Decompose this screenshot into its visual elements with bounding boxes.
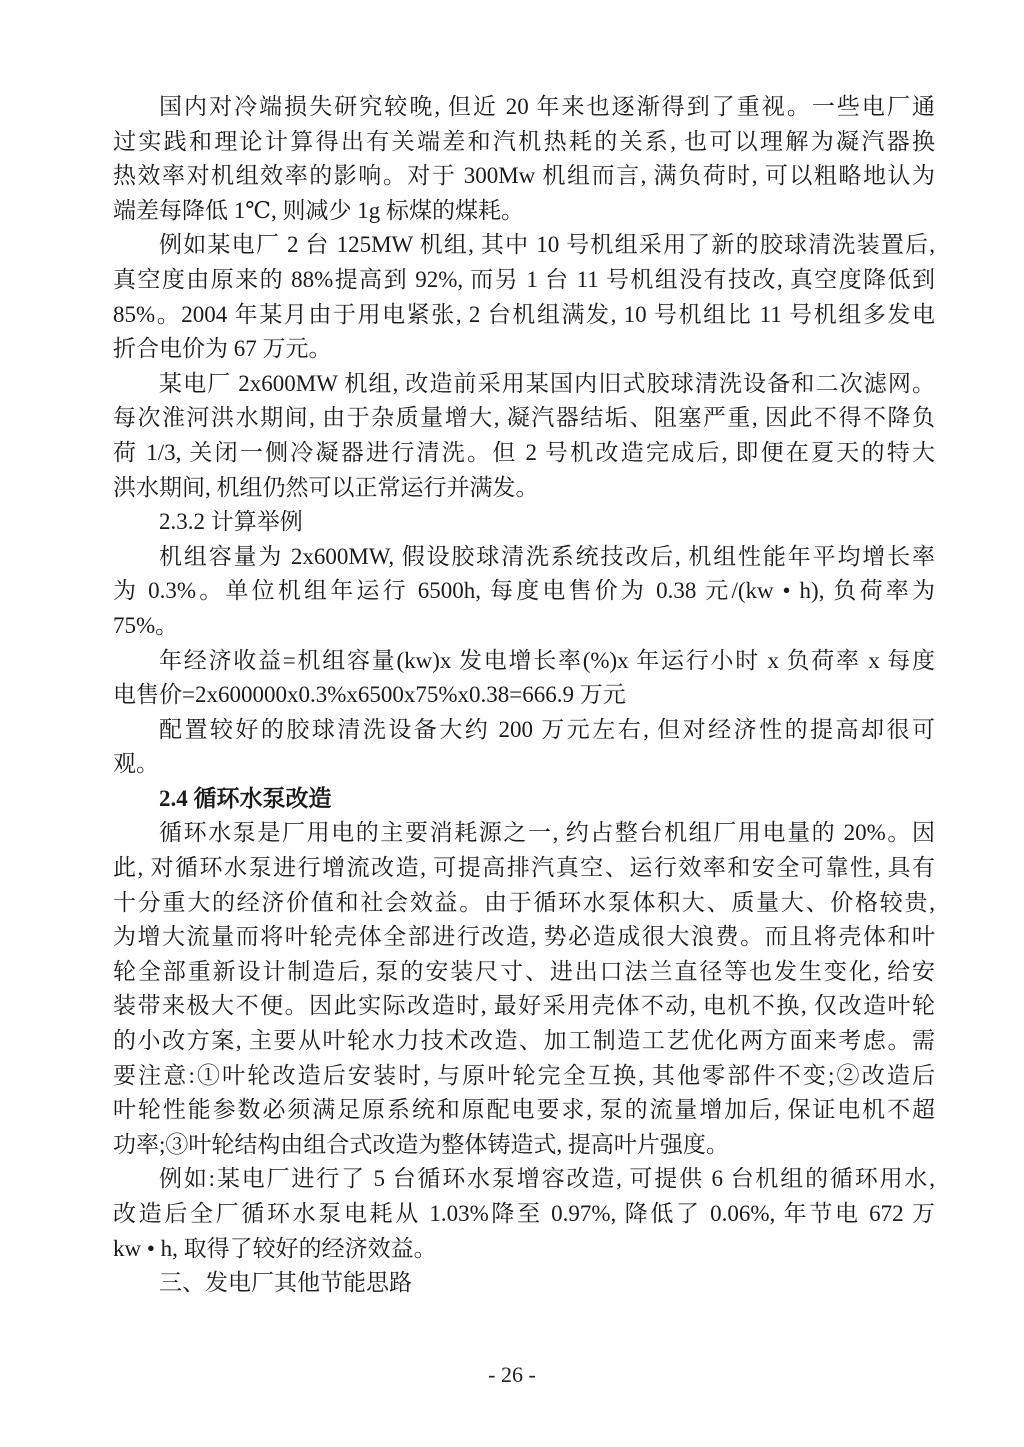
text-line: 要注意:①叶轮改造后安装时, 与原叶轮完全互换, 其他零部件不变;②改造后 xyxy=(113,1059,935,1094)
paragraph: 三、发电厂其他节能思路 xyxy=(113,1266,935,1301)
text-line: 三、发电厂其他节能思路 xyxy=(113,1266,935,1301)
text-line: 改造后全厂循环水泵电耗从 1.03%降至 0.97%, 降低了 0.06%, 年… xyxy=(113,1197,935,1232)
text-line: 十分重大的经济价值和社会效益。由于循环水泵体积大、质量大、价格较贵, xyxy=(113,886,935,921)
text-line: 轮全部重新设计制造后, 泵的安装尺寸、进出口法兰直径等也发生变化, 给安 xyxy=(113,955,935,990)
text-line: 电售价=2x600000x0.3%x6500x75%x0.38=666.9 万元 xyxy=(113,678,935,713)
text-line: 每次淮河洪水期间, 由于杂质量增大, 凝汽器结垢、阻塞严重, 因此不得不降负 xyxy=(113,401,935,436)
text-line: 为增大流量而将叶轮壳体全部进行改造, 势必造成很大浪费。而且将壳体和叶 xyxy=(113,920,935,955)
text-line: 某电厂 2x600MW 机组, 改造前采用某国内旧式胶球清洗设备和二次滤网。 xyxy=(113,367,935,402)
paragraph: 某电厂 2x600MW 机组, 改造前采用某国内旧式胶球清洗设备和二次滤网。每次… xyxy=(113,367,935,505)
paragraph: 年经济收益=机组容量(kw)x 发电增长率(%)x 年运行小时 x 负荷率 x … xyxy=(113,644,935,713)
paragraph: 例如某电厂 2 台 125MW 机组, 其中 10 号机组采用了新的胶球清洗装置… xyxy=(113,228,935,366)
text-line: 例如:某电厂进行了 5 台循环水泵增容改造, 可提供 6 台机组的循环用水, xyxy=(113,1162,935,1197)
text-line: 观。 xyxy=(113,747,935,782)
paragraph: 国内对冷端损失研究较晚, 但近 20 年来也逐渐得到了重视。一些电厂通过实践和理… xyxy=(113,90,935,228)
text-line: kw • h, 取得了较好的经济效益。 xyxy=(113,1232,935,1267)
text-line: 荷 1/3, 关闭一侧冷凝器进行清洗。但 2 号机改造完成后, 即便在夏天的特大 xyxy=(113,436,935,471)
document-body: 国内对冷端损失研究较晚, 但近 20 年来也逐渐得到了重视。一些电厂通过实践和理… xyxy=(113,90,935,1301)
paragraph: 机组容量为 2x600MW, 假设胶球清洗系统技改后, 机组性能年平均增长率为 … xyxy=(113,540,935,644)
text-line: 2.4 循环水泵改造 xyxy=(113,782,935,817)
text-line: 真空度由原来的 88%提高到 92%, 而另 1 台 11 号机组没有技改, 真… xyxy=(113,263,935,298)
text-line: 循环水泵是厂用电的主要消耗源之一, 约占整台机组厂用电量的 20%。因 xyxy=(113,816,935,851)
paragraph: 例如:某电厂进行了 5 台循环水泵增容改造, 可提供 6 台机组的循环用水,改造… xyxy=(113,1162,935,1266)
text-line: 此, 对循环水泵进行增流改造, 可提高排汽真空、运行效率和安全可靠性, 具有 xyxy=(113,851,935,886)
text-line: 洪水期间, 机组仍然可以正常运行并满发。 xyxy=(113,471,935,506)
text-line: 折合电价为 67 万元。 xyxy=(113,332,935,367)
text-line: 国内对冷端损失研究较晚, 但近 20 年来也逐渐得到了重视。一些电厂通 xyxy=(113,90,935,125)
text-line: 功率;③叶轮结构由组合式改造为整体铸造式, 提高叶片强度。 xyxy=(113,1128,935,1163)
document-page: { "page": { "background_color": "#ffffff… xyxy=(0,0,1024,1447)
text-line: 叶轮性能参数必须满足原系统和原配电要求, 泵的流量增加后, 保证电机不超 xyxy=(113,1093,935,1128)
text-line: 75%。 xyxy=(113,609,935,644)
text-line: 装带来极大不便。因此实际改造时, 最好采用壳体不动, 电机不换, 仅改造叶轮 xyxy=(113,989,935,1024)
section-heading: 2.4 循环水泵改造 xyxy=(113,782,935,817)
text-line: 端差每降低 1℃, 则减少 1g 标煤的煤耗。 xyxy=(113,194,935,229)
text-line: 过实践和理论计算得出有关端差和汽机热耗的关系, 也可以理解为凝汽器换 xyxy=(113,125,935,160)
text-line: 年经济收益=机组容量(kw)x 发电增长率(%)x 年运行小时 x 负荷率 x … xyxy=(113,644,935,679)
page-number-footer: - 26 - xyxy=(0,1360,1024,1390)
text-line: 配置较好的胶球清洗设备大约 200 万元左右, 但对经济性的提高却很可 xyxy=(113,713,935,748)
text-line: 为 0.3%。单位机组年运行 6500h, 每度电售价为 0.38 元/(kw … xyxy=(113,574,935,609)
text-line: 机组容量为 2x600MW, 假设胶球清洗系统技改后, 机组性能年平均增长率 xyxy=(113,540,935,575)
text-line: 2.3.2 计算举例 xyxy=(113,505,935,540)
paragraph: 配置较好的胶球清洗设备大约 200 万元左右, 但对经济性的提高却很可观。 xyxy=(113,713,935,782)
text-line: 热效率对机组效率的影响。对于 300Mw 机组而言, 满负荷时, 可以粗略地认为 xyxy=(113,159,935,194)
text-line: 例如某电厂 2 台 125MW 机组, 其中 10 号机组采用了新的胶球清洗装置… xyxy=(113,228,935,263)
paragraph: 2.3.2 计算举例 xyxy=(113,505,935,540)
text-line: 85%。2004 年某月由于用电紧张, 2 台机组满发, 10 号机组比 11 … xyxy=(113,298,935,333)
text-line: 的小改方案, 主要从叶轮水力技术改造、加工制造工艺优化两方面来考虑。需 xyxy=(113,1024,935,1059)
paragraph: 循环水泵是厂用电的主要消耗源之一, 约占整台机组厂用电量的 20%。因此, 对循… xyxy=(113,816,935,1162)
